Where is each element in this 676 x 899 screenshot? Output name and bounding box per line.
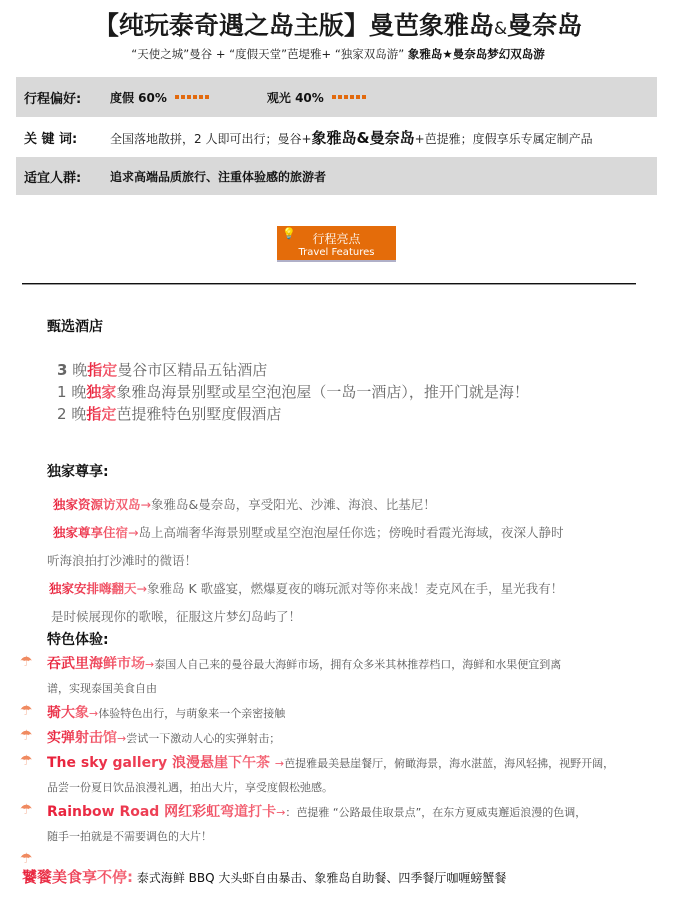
special-text: ：芭提雅 “公路最佳取景点”，在东方夏威夷邂逅浪漫的色调， (285, 806, 586, 819)
exclusive-item: 独家安排嗨翻天→象雅岛 K 歌盛宴，燃爆夏夜的嗨玩派对等你来战！麦克风在手，星光… (49, 575, 653, 603)
exclusive-list: 独家资源访双岛→象雅岛&曼奈岛，享受阳光、沙滩、海浪、比基尼！ 独家尊享住宿→岛… (53, 491, 653, 631)
exclusive-title: 独家尊享住宿 (53, 525, 128, 540)
hotel-nights-unit: 晚 (67, 383, 87, 401)
arrow-icon: → (275, 757, 284, 770)
info-row-audience: 适宜人群: 追求高端品质旅行、注重体验感的旅游者 (16, 157, 657, 195)
exclusive-text: 象雅岛&曼奈岛，享受阳光、沙滩、海浪、比基尼！ (151, 497, 436, 512)
hotel-item: 2 晚指定芭提雅特色别墅度假酒店 (57, 403, 529, 425)
exclusive-text-cont: 是时候展现你的歌喉，征服这片梦幻岛屿了！ (51, 603, 653, 631)
arrow-icon: → (141, 497, 151, 512)
special-text: 芭提雅最美悬崖餐厅，俯瞰海景，海水湛蓝，海风轻拂，视野开阔， (284, 757, 614, 770)
hotel-nights-count: 2 (57, 405, 67, 423)
umbrella-icon: ☂ (20, 851, 33, 867)
travel-features-button[interactable]: 💡 行程亮点 Travel Features (277, 226, 396, 262)
preference-vacation-text: 度假 60% (110, 89, 167, 106)
subtitle-bold: 象雅岛★曼奈岛梦幻双岛游 (408, 47, 545, 61)
special-text-cont: 随手一拍就是不需要调色的大片！ (47, 825, 660, 849)
hotel-nights-count: 1 (57, 383, 67, 401)
exclusive-title: 独家资源访双岛 (53, 497, 141, 512)
food-text: 泰式海鲜 BBQ 大头虾自由暴击、象雅岛自助餐、四季餐厅咖喱螃蟹餐 (137, 871, 507, 885)
umbrella-icon: ☂ (20, 753, 33, 769)
special-text: 体验特色出行，与萌象来一个亲密接触 (98, 707, 285, 720)
food-title: 饕餮美食享不停: (22, 868, 133, 886)
umbrella-icon: ☂ (20, 654, 33, 670)
title-end: 曼奈岛 (507, 11, 582, 40)
keywords-label: 关 键 词: (24, 128, 110, 147)
hotel-text: 芭提雅特色别墅度假酒店 (116, 405, 281, 423)
special-title: 实弹射击馆 (47, 730, 117, 746)
preference-sightseeing-text: 观光 40% (267, 89, 324, 106)
special-title: Rainbow Road 网红彩虹弯道打卡 (47, 804, 276, 820)
audience-label: 适宜人群: (24, 167, 110, 186)
arrow-icon: → (128, 525, 138, 540)
exclusive-heading: 独家尊享: (47, 461, 109, 481)
hotel-nights-unit: 晚 (67, 361, 87, 379)
hotel-nights-unit: 晚 (67, 405, 87, 423)
keywords-highlight: 象雅岛&曼奈岛 (312, 129, 415, 147)
special-text-cont: 谱，实现泰国美食自由 (47, 677, 660, 701)
hotel-tag: 独家 (86, 383, 116, 401)
special-item: ☂ 骑大象→体验特色出行，与萌象来一个亲密接触 (20, 701, 660, 726)
exclusive-item: 独家资源访双岛→象雅岛&曼奈岛，享受阳光、沙滩、海浪、比基尼！ (53, 491, 653, 519)
hotel-tag: 指定 (86, 405, 116, 423)
page-subtitle: “天使之城”曼谷 + “度假天堂”芭堤雅+ “独家双岛游” 象雅岛★曼奈岛梦幻双… (0, 46, 676, 62)
hotel-item: 1 晚独家象雅岛海景别墅或星空泡泡屋（一岛一酒店），推开门就是海！ (57, 381, 529, 403)
audience-value: 追求高端品质旅行、注重体验感的旅游者 (110, 168, 326, 185)
info-table: 行程偏好: 度假 60% 观光 40% 关 键 词: 全国落地散拼，2 人即可出… (16, 77, 657, 195)
arrow-icon: → (137, 581, 147, 596)
preference-label: 行程偏好: (24, 88, 110, 107)
exclusive-text: 象雅岛 K 歌盛宴，燃爆夏夜的嗨玩派对等你来战！麦克风在手，星光我有！ (147, 581, 563, 596)
exclusive-text: 岛上高端奢华海景别墅或星空泡泡屋任你选；傍晚时看霞光海域，夜深人静时 (139, 525, 564, 540)
keywords-part1: 全国落地散拼，2 人即可出行；曼谷+ (110, 132, 312, 146)
food-line: 饕餮美食享不停: 泰式海鲜 BBQ 大头虾自由暴击、象雅岛自助餐、四季餐厅咖喱螃… (22, 866, 506, 887)
special-item: ☂ 吞武里海鲜市场→泰国人自己来的曼谷最大海鲜市场，拥有众多米其林推荐档口，海鲜… (20, 652, 660, 701)
preference-bar (175, 95, 209, 99)
umbrella-icon: ☂ (20, 728, 33, 744)
hotel-nights-count: 3 (57, 361, 67, 379)
hotel-item: 3 晚指定曼谷市区精品五钻酒店 (57, 359, 529, 381)
title-ampersand: & (494, 19, 507, 39)
special-item: ☂ Rainbow Road 网红彩虹弯道打卡→：芭提雅 “公路最佳取景点”，在… (20, 800, 660, 849)
title-main: 【纯玩泰奇遇之岛主版】曼芭象雅岛 (94, 11, 494, 40)
arrow-icon: → (117, 732, 126, 745)
hotels-heading: 甄选酒店 (47, 316, 103, 336)
hotel-text: 曼谷市区精品五钻酒店 (117, 361, 267, 379)
preference-item-sightseeing: 观光 40% (267, 89, 366, 106)
keywords-part2: +芭提雅；度假享乐专属定制产品 (415, 132, 593, 146)
exclusive-title: 独家安排嗨翻天 (49, 581, 137, 596)
arrow-icon: → (89, 707, 98, 720)
keywords-value: 全国落地散拼，2 人即可出行；曼谷+象雅岛&曼奈岛+芭提雅；度假享乐专属定制产品 (110, 127, 593, 148)
special-title: The sky gallery 浪漫悬崖下午茶 (47, 755, 275, 771)
umbrella-icon: ☂ (20, 802, 33, 818)
page-title: 【纯玩泰奇遇之岛主版】曼芭象雅岛&曼奈岛 (0, 6, 676, 42)
preference-item-vacation: 度假 60% (110, 89, 209, 106)
exclusive-text-cont: 听海浪拍打沙滩时的微语！ (47, 547, 653, 575)
special-text: 泰国人自己来的曼谷最大海鲜市场，拥有众多米其林推荐档口，海鲜和水果便宜到离 (154, 658, 561, 671)
special-list: ☂ 吞武里海鲜市场→泰国人自己来的曼谷最大海鲜市场，拥有众多米其林推荐档口，海鲜… (20, 652, 660, 873)
preference-values: 度假 60% 观光 40% (110, 89, 396, 106)
special-text-cont: 品尝一份夏日饮品浪漫礼遇，拍出大片，享受度假松弛感。 (47, 776, 660, 800)
preference-bar (332, 95, 366, 99)
info-row-preference: 行程偏好: 度假 60% 观光 40% (16, 77, 657, 117)
hotel-text: 象雅岛海景别墅或星空泡泡屋（一岛一酒店），推开门就是海！ (116, 383, 529, 401)
feature-label-en: Travel Features (277, 247, 396, 258)
subtitle-plain: “天使之城”曼谷 + “度假天堂”芭堤雅+ “独家双岛游” (131, 47, 404, 61)
umbrella-icon: ☂ (20, 703, 33, 719)
special-item: ☂ 实弹射击馆→尝试一下激动人心的实弹射击； (20, 726, 660, 751)
lightbulb-icon: 💡 (282, 227, 296, 240)
special-title: 吞武里海鲜市场 (47, 656, 145, 672)
special-heading: 特色体验: (47, 629, 109, 649)
special-item: ☂ The sky gallery 浪漫悬崖下午茶 →芭提雅最美悬崖餐厅，俯瞰海… (20, 751, 660, 800)
info-row-keywords: 关 键 词: 全国落地散拼，2 人即可出行；曼谷+象雅岛&曼奈岛+芭提雅；度假享… (16, 117, 657, 157)
special-title: 骑大象 (47, 705, 89, 721)
special-text: 尝试一下激动人心的实弹射击； (126, 732, 280, 745)
hotel-list: 3 晚指定曼谷市区精品五钻酒店 1 晚独家象雅岛海景别墅或星空泡泡屋（一岛一酒店… (57, 359, 529, 425)
hotel-tag: 指定 (87, 361, 117, 379)
divider (22, 283, 636, 285)
arrow-icon: → (145, 658, 154, 671)
exclusive-item: 独家尊享住宿→岛上高端奢华海景别墅或星空泡泡屋任你选；傍晚时看霞光海域，夜深人静… (53, 519, 653, 547)
